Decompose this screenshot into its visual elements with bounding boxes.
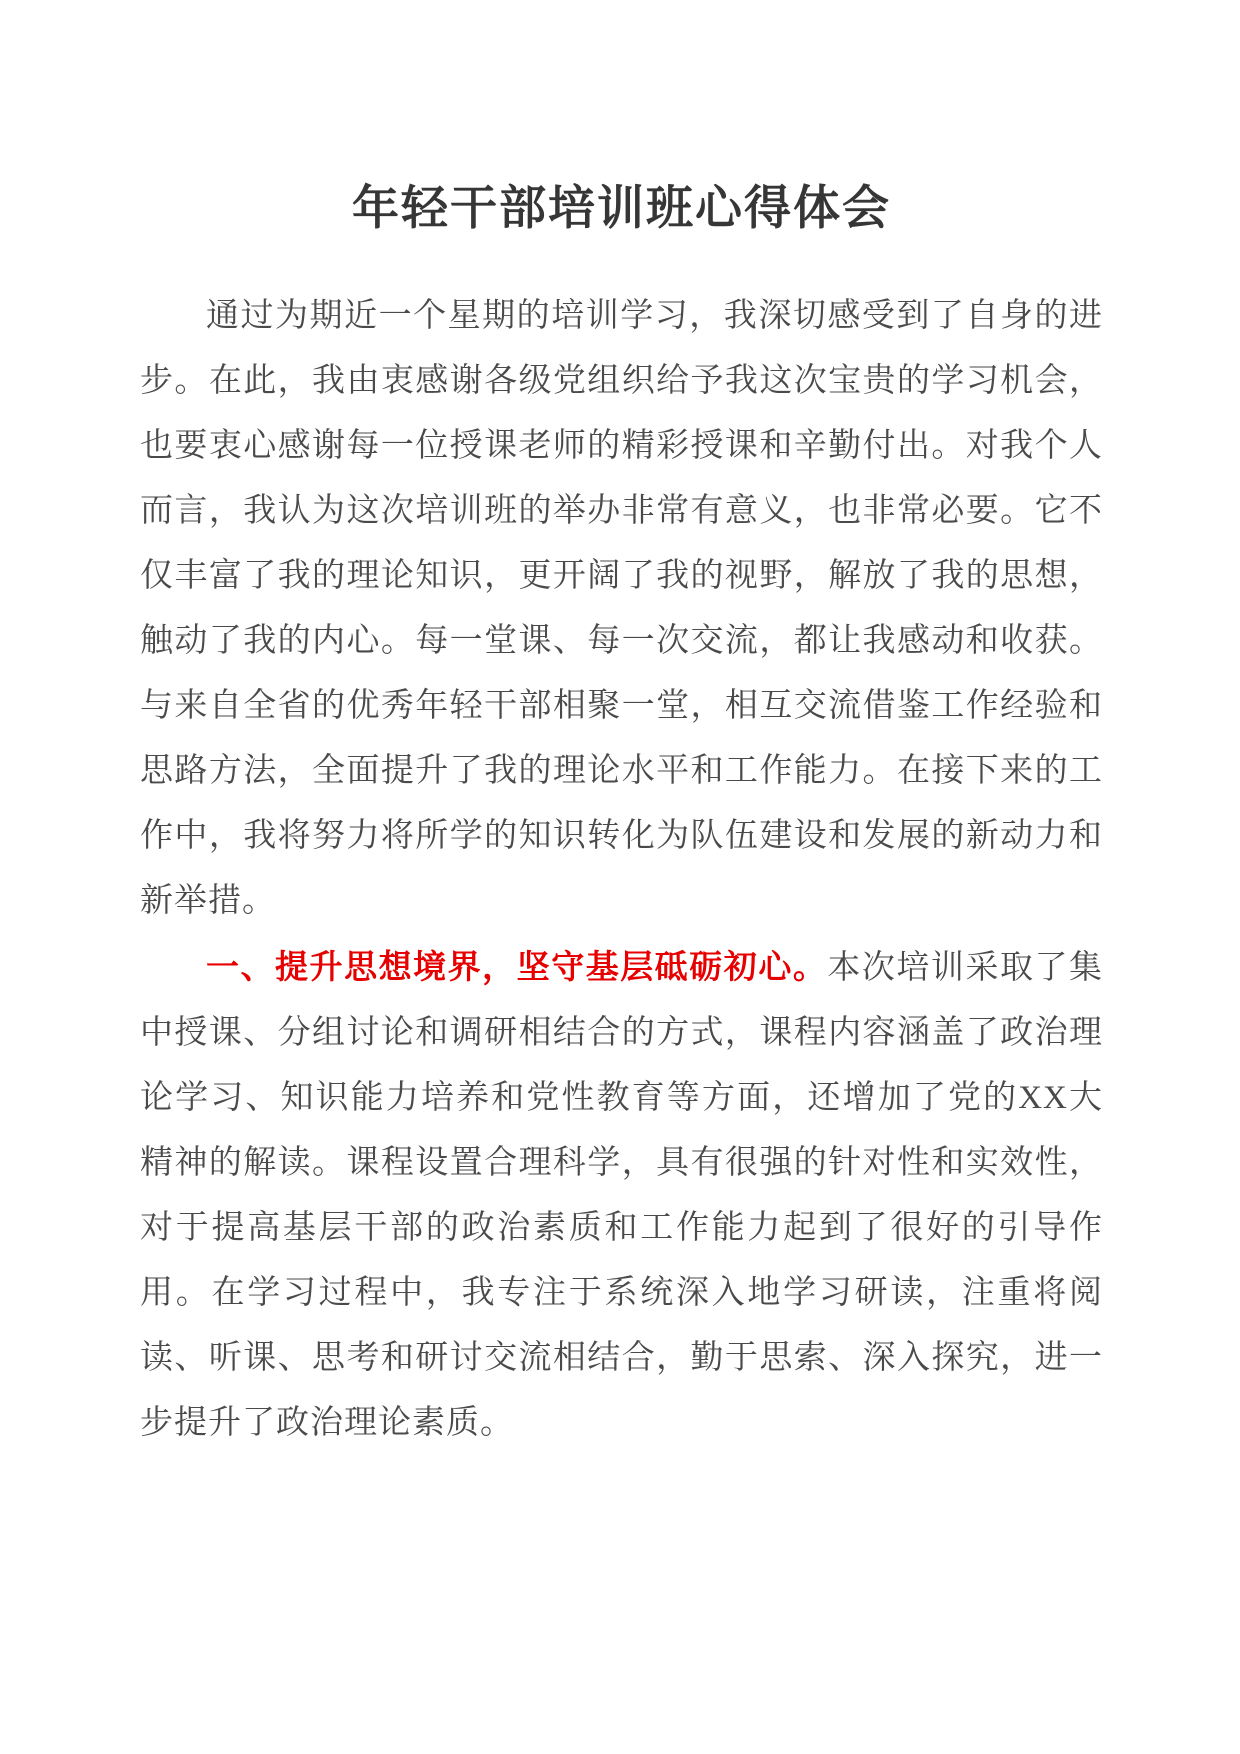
paragraph-section-one-text: 本次培训采取了集中授课、分组讨论和调研相结合的方式，课程内容涵盖了政治理论学习、… — [140, 950, 1103, 1441]
paragraph-intro: 通过为期近一个星期的培训学习，我深切感受到了自身的进步。在此，我由衷感谢各级党组… — [140, 284, 1103, 934]
paragraph-intro-text: 通过为期近一个星期的培训学习，我深切感受到了自身的进步。在此，我由衷感谢各级党组… — [140, 298, 1103, 919]
section-one-heading: 一、提升思想境界，坚守基层砥砺初心。 — [206, 947, 827, 986]
document-page: 年轻干部培训班心得体会 通过为期近一个星期的培训学习，我深切感受到了自身的进步。… — [0, 0, 1240, 1754]
document-title: 年轻干部培训班心得体会 — [140, 180, 1103, 238]
paragraph-section-one: 一、提升思想境界，坚守基层砥砺初心。本次培训采取了集中授课、分组讨论和调研相结合… — [140, 934, 1103, 1456]
